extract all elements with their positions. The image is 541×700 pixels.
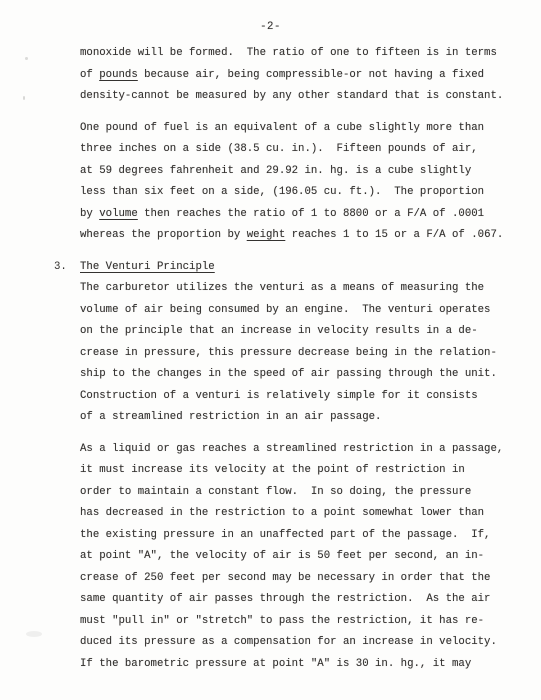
text-line: One pound of fuel is an equivalent of a …: [80, 118, 527, 140]
text-line: has decreased in the restriction to a po…: [80, 503, 527, 525]
text-line: If the barometric pressure at point "A" …: [80, 654, 527, 676]
paragraph: The carburetor utilizes the venturi as a…: [80, 278, 527, 429]
text-line: by volume then reaches the ratio of 1 to…: [80, 204, 527, 226]
text-line: crease in pressure, this pressure decrea…: [80, 343, 527, 365]
text-line: duced its pressure as a compensation for…: [80, 632, 527, 654]
underlined-text: volume: [99, 208, 137, 220]
paragraph: One pound of fuel is an equivalent of a …: [80, 118, 527, 247]
scan-speck: [25, 57, 28, 60]
section-heading: 3.The Venturi Principle: [80, 257, 527, 279]
text-line: ship to the changes in the speed of air …: [80, 364, 527, 386]
text-line: on the principle that an increase in vel…: [80, 321, 527, 343]
text-line: whereas the proportion by weight reaches…: [80, 225, 527, 247]
text-line: same quantity of air passes through the …: [80, 589, 527, 611]
text-line: the existing pressure in an unaffected p…: [80, 525, 527, 547]
text-line: of pounds because air, being compressibl…: [80, 65, 527, 87]
text-line: volume of air being consumed by an engin…: [80, 300, 527, 322]
text-line: The Venturi Principle: [80, 257, 527, 279]
underlined-text: weight: [247, 229, 285, 241]
text-line: of a streamlined restriction in an air p…: [80, 407, 527, 429]
section-number: 3.: [54, 257, 67, 279]
text-line: must "pull in" or "stretch" to pass the …: [80, 611, 527, 633]
text-line: three inches on a side (38.5 cu. in.). F…: [80, 139, 527, 161]
text-line: As a liquid or gas reaches a streamlined…: [80, 439, 527, 461]
underlined-text: The Venturi Principle: [80, 261, 215, 273]
text-line: Construction of a venturi is relatively …: [80, 386, 527, 408]
text-line: crease of 250 feet per second may be nec…: [80, 568, 527, 590]
paragraph: monoxide will be formed. The ratio of on…: [80, 43, 527, 108]
scan-speck: [23, 96, 25, 100]
page-number: -2-: [0, 16, 541, 38]
underlined-text: pounds: [99, 69, 137, 81]
document-body: monoxide will be formed. The ratio of on…: [80, 43, 527, 675]
text-line: it must increase its velocity at the poi…: [80, 460, 527, 482]
text-line: monoxide will be formed. The ratio of on…: [80, 43, 527, 65]
text-line: at 59 degrees fahrenheit and 29.92 in. h…: [80, 161, 527, 183]
text-line: less than six feet on a side, (196.05 cu…: [80, 182, 527, 204]
text-line: at point "A", the velocity of air is 50 …: [80, 546, 527, 568]
scan-smudge: [26, 631, 42, 637]
text-line: order to maintain a constant flow. In so…: [80, 482, 527, 504]
document-page: -2- monoxide will be formed. The ratio o…: [0, 0, 541, 700]
text-line: The carburetor utilizes the venturi as a…: [80, 278, 527, 300]
paragraph: As a liquid or gas reaches a streamlined…: [80, 439, 527, 676]
text-line: density-cannot be measured by any other …: [80, 86, 527, 108]
